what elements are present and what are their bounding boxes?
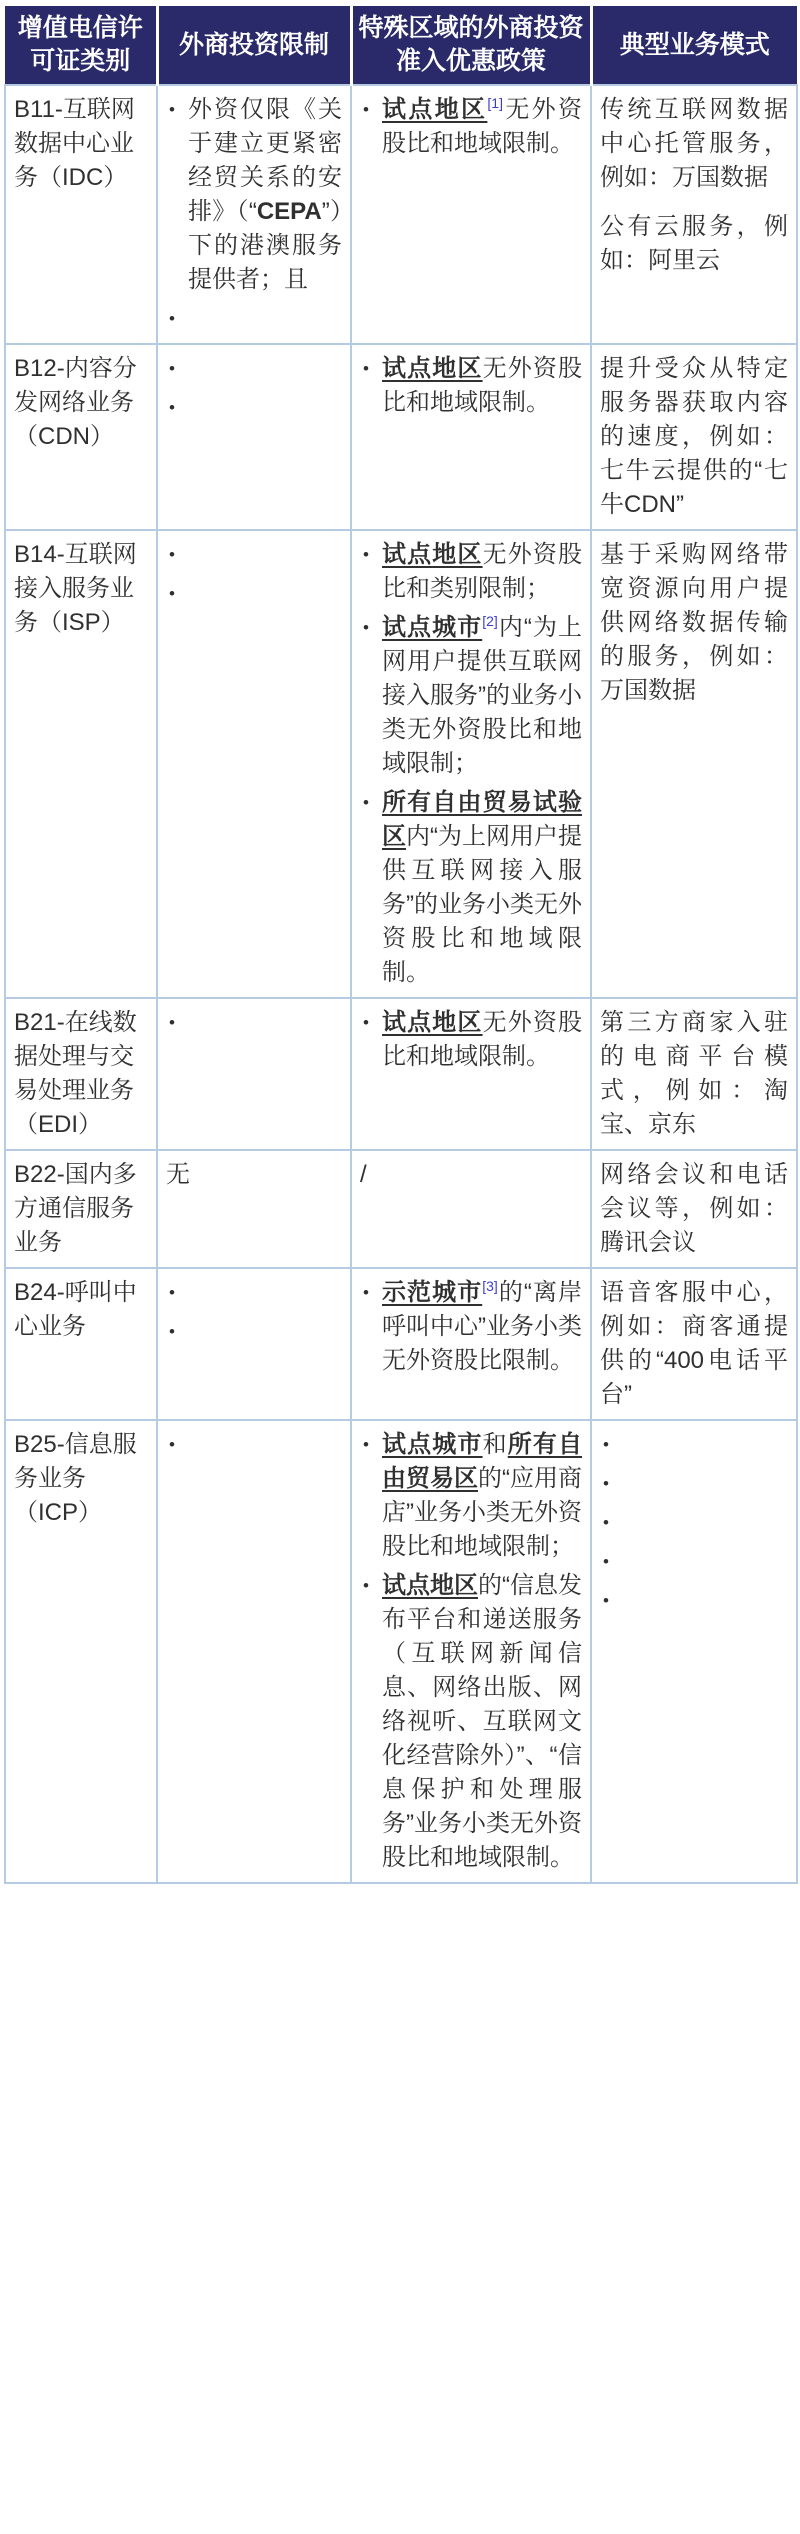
text-segment: 试点地区 <box>382 1572 478 1599</box>
restriction-bullet-item: • <box>166 352 342 386</box>
bullet-icon: • <box>360 1276 382 1310</box>
policy-bullet-item: •示范城市[3]的“离岸呼叫中心”业务小类无外资股比限制。 <box>360 1276 582 1378</box>
business-model-paragraph: 网络会议和电话会议等，例如：腾讯会议 <box>600 1158 788 1260</box>
restriction-bullet-item: •外资仅限《关于建立更紧密经贸关系的安排》（“CEPA”）下的港澳服务提供者；且 <box>166 93 342 297</box>
table-row-B24: B24-呼叫中心业务•••示范城市[3]的“离岸呼叫中心”业务小类无外资股比限制… <box>5 1268 797 1420</box>
restrictions-cell: • <box>157 998 351 1150</box>
bullet-icon: • <box>600 1467 622 1501</box>
restrictions-cell: •外资仅限《关于建立更紧密经贸关系的安排》（“CEPA”）下的港澳服务提供者；且… <box>157 85 351 344</box>
business-model-bullet-item: • <box>600 1428 788 1462</box>
bullet-icon: • <box>166 391 188 425</box>
special-zone-policy-cell: •试点城市和所有自由贸易区的“应用商店”业务小类无外资股比和地域限制；•试点地区… <box>351 1420 591 1883</box>
business-model-cell: 语音客服中心，例如：商客通提供的“400电话平台” <box>591 1268 797 1420</box>
special-zone-policy-cell: •试点地区无外资股比和地域限制。 <box>351 344 591 530</box>
business-model-bullet-item: • <box>600 1467 788 1501</box>
business-model-cell: 传统互联网数据中心托管服务，例如：万国数据公有云服务，例如：阿里云 <box>591 85 797 344</box>
footnote-ref[interactable]: [1] <box>487 95 503 111</box>
policy-bullet-text: 试点城市[2]内“为上网用户提供互联网接入服务”的业务小类无外资股比和地域限制； <box>382 611 582 781</box>
license-category-cell: B11-互联网数据中心业务（IDC） <box>5 85 157 344</box>
policy-bullet-item: •试点地区的“信息发布平台和递送服务（互联网新闻信息、网络出版、网络视听、互联网… <box>360 1569 582 1875</box>
restriction-bullet-item: • <box>166 538 342 572</box>
bullet-icon: • <box>166 1006 188 1040</box>
restriction-bullet-item: • <box>166 302 342 336</box>
text-segment: 的“信息发布平台和递送服务（互联网新闻信息、网络出版、网络视听、互联网文化经营除… <box>382 1572 582 1871</box>
footnote-ref[interactable]: [3] <box>482 1278 498 1294</box>
restrictions-cell: 无 <box>157 1150 351 1268</box>
business-model-cell: 第三方商家入驻的电商平台模式，例如：淘宝、京东 <box>591 998 797 1150</box>
bullet-icon: • <box>360 1428 382 1462</box>
text-segment: 内“为上网用户提供互联网接入服务”的业务小类无外资股比和地域限制。 <box>382 823 582 986</box>
telecom-license-table: 增值电信许可证类别外商投资限制特殊区域的外商投资准入优惠政策典型业务模式 B11… <box>4 6 798 1884</box>
license-category-cell: B24-呼叫中心业务 <box>5 1268 157 1420</box>
footnote-ref[interactable]: [2] <box>482 613 498 629</box>
column-header-2: 外商投资限制 <box>157 6 351 85</box>
bullet-icon: • <box>360 1569 382 1603</box>
license-category-cell: B22-国内多方通信服务业务 <box>5 1150 157 1268</box>
policy-bullet-text: 所有自由贸易试验区内“为上网用户提供互联网接入服务”的业务小类无外资股比和地域限… <box>382 786 582 990</box>
special-zone-policy-cell: •示范城市[3]的“离岸呼叫中心”业务小类无外资股比限制。 <box>351 1268 591 1420</box>
table-row-B11: B11-互联网数据中心业务（IDC）•外资仅限《关于建立更紧密经贸关系的安排》（… <box>5 85 797 344</box>
restriction-paragraph: 无 <box>166 1158 342 1192</box>
bullet-icon: • <box>166 352 188 386</box>
restriction-bullet-item: • <box>166 1315 342 1349</box>
policy-bullet-item: •试点城市[2]内“为上网用户提供互联网接入服务”的业务小类无外资股比和地域限制… <box>360 611 582 781</box>
table-row-B21: B21-在线数据处理与交易处理业务（EDI）••试点地区无外资股比和地域限制。第… <box>5 998 797 1150</box>
business-model-cell: 网络会议和电话会议等，例如：腾讯会议 <box>591 1150 797 1268</box>
table-row-B22: B22-国内多方通信服务业务无/网络会议和电话会议等，例如：腾讯会议 <box>5 1150 797 1268</box>
bullet-icon: • <box>600 1506 622 1540</box>
policy-bullet-text: 试点地区无外资股比和类别限制； <box>382 538 582 606</box>
bullet-icon: • <box>360 352 382 386</box>
policy-bullet-item: •试点地区无外资股比和类别限制； <box>360 538 582 606</box>
special-zone-policy-cell: / <box>351 1150 591 1268</box>
table-row-B12: B12-内容分发网络业务（CDN）•••试点地区无外资股比和地域限制。提升受众从… <box>5 344 797 530</box>
document-page: 增值电信许可证类别外商投资限制特殊区域的外商投资准入优惠政策典型业务模式 B11… <box>0 0 800 1890</box>
restrictions-cell: • <box>157 1420 351 1883</box>
bullet-icon: • <box>600 1428 622 1462</box>
license-category-cell: B25-信息服务业务（ICP） <box>5 1420 157 1883</box>
bullet-icon: • <box>166 302 188 336</box>
text-segment: CEPA <box>257 198 322 225</box>
table-header: 增值电信许可证类别外商投资限制特殊区域的外商投资准入优惠政策典型业务模式 <box>5 6 797 85</box>
bullet-icon: • <box>166 1315 188 1349</box>
bullet-icon: • <box>360 538 382 572</box>
business-model-cell: 提升受众从特定服务器获取内容的速度，例如：七牛云提供的“七牛CDN” <box>591 344 797 530</box>
bullet-icon: • <box>360 1006 382 1040</box>
bullet-icon: • <box>360 786 382 820</box>
restriction-bullet-item: • <box>166 391 342 425</box>
table-body: B11-互联网数据中心业务（IDC）•外资仅限《关于建立更紧密经贸关系的安排》（… <box>5 85 797 1883</box>
policy-bullet-item: •试点地区[1]无外资股比和地域限制。 <box>360 93 582 161</box>
policy-paragraph: / <box>360 1158 582 1192</box>
column-header-1: 增值电信许可证类别 <box>5 6 157 85</box>
business-model-bullet-item: • <box>600 1545 788 1579</box>
business-model-cell: ••••• <box>591 1420 797 1883</box>
text-segment: 试点城市 <box>382 1431 483 1458</box>
bullet-icon: • <box>600 1545 622 1579</box>
restriction-bullet-item: • <box>166 1276 342 1310</box>
column-header-4: 典型业务模式 <box>591 6 797 85</box>
bullet-icon: • <box>360 611 382 645</box>
bullet-icon: • <box>166 577 188 611</box>
license-category-cell: B14-互联网接入服务业务（ISP） <box>5 530 157 998</box>
text-segment: 试点地区 <box>382 96 487 123</box>
business-model-paragraph: 公有云服务，例如：阿里云 <box>600 210 788 278</box>
bullet-icon: • <box>166 93 188 127</box>
text-segment: 试点城市 <box>382 614 482 641</box>
policy-bullet-text: 示范城市[3]的“离岸呼叫中心”业务小类无外资股比限制。 <box>382 1276 582 1378</box>
bullet-icon: • <box>600 1584 622 1618</box>
policy-bullet-text: 试点地区[1]无外资股比和地域限制。 <box>382 93 582 161</box>
restriction-bullet-text: 外资仅限《关于建立更紧密经贸关系的安排》（“CEPA”）下的港澳服务提供者；且 <box>188 93 342 297</box>
business-model-paragraph: 传统互联网数据中心托管服务，例如：万国数据 <box>600 93 788 195</box>
policy-bullet-item: •试点地区无外资股比和地域限制。 <box>360 1006 582 1074</box>
bullet-icon: • <box>166 538 188 572</box>
policy-bullet-text: 试点地区无外资股比和地域限制。 <box>382 352 582 420</box>
policy-bullet-item: •试点城市和所有自由贸易区的“应用商店”业务小类无外资股比和地域限制； <box>360 1428 582 1564</box>
restriction-bullet-item: • <box>166 577 342 611</box>
text-segment: 试点地区 <box>382 1009 483 1036</box>
restriction-bullet-item: • <box>166 1006 342 1040</box>
restrictions-cell: •• <box>157 344 351 530</box>
restriction-bullet-item: • <box>166 1428 342 1462</box>
table-row-B25: B25-信息服务业务（ICP）••试点城市和所有自由贸易区的“应用商店”业务小类… <box>5 1420 797 1883</box>
special-zone-policy-cell: •试点地区[1]无外资股比和地域限制。 <box>351 85 591 344</box>
special-zone-policy-cell: •试点地区无外资股比和地域限制。 <box>351 998 591 1150</box>
table-row-B14: B14-互联网接入服务业务（ISP）•••试点地区无外资股比和类别限制；•试点城… <box>5 530 797 998</box>
header-row: 增值电信许可证类别外商投资限制特殊区域的外商投资准入优惠政策典型业务模式 <box>5 6 797 85</box>
business-model-cell: 基于采购网络带宽资源向用户提供网络数据传输的服务，例如：万国数据 <box>591 530 797 998</box>
license-category-cell: B21-在线数据处理与交易处理业务（EDI） <box>5 998 157 1150</box>
policy-bullet-text: 试点地区无外资股比和地域限制。 <box>382 1006 582 1074</box>
business-model-paragraph: 第三方商家入驻的电商平台模式，例如：淘宝、京东 <box>600 1006 788 1142</box>
text-segment: 示范城市 <box>382 1279 482 1306</box>
policy-bullet-text: 试点城市和所有自由贸易区的“应用商店”业务小类无外资股比和地域限制； <box>382 1428 582 1564</box>
text-segment: 试点地区 <box>382 355 483 382</box>
text-segment: 试点地区 <box>382 541 483 568</box>
bullet-icon: • <box>166 1428 188 1462</box>
restrictions-cell: •• <box>157 530 351 998</box>
policy-bullet-item: •所有自由贸易试验区内“为上网用户提供互联网接入服务”的业务小类无外资股比和地域… <box>360 786 582 990</box>
business-model-paragraph: 基于采购网络带宽资源向用户提供网络数据传输的服务，例如：万国数据 <box>600 538 788 708</box>
business-model-bullet-item: • <box>600 1584 788 1618</box>
business-model-paragraph: 语音客服中心，例如：商客通提供的“400电话平台” <box>600 1276 788 1412</box>
license-category-cell: B12-内容分发网络业务（CDN） <box>5 344 157 530</box>
policy-bullet-text: 试点地区的“信息发布平台和递送服务（互联网新闻信息、网络出版、网络视听、互联网文… <box>382 1569 582 1875</box>
bullet-icon: • <box>166 1276 188 1310</box>
column-header-3: 特殊区域的外商投资准入优惠政策 <box>351 6 591 85</box>
policy-bullet-item: •试点地区无外资股比和地域限制。 <box>360 352 582 420</box>
text-segment: 和 <box>483 1431 508 1458</box>
bullet-icon: • <box>360 93 382 127</box>
restrictions-cell: •• <box>157 1268 351 1420</box>
special-zone-policy-cell: •试点地区无外资股比和类别限制；•试点城市[2]内“为上网用户提供互联网接入服务… <box>351 530 591 998</box>
business-model-bullet-item: • <box>600 1506 788 1540</box>
business-model-paragraph: 提升受众从特定服务器获取内容的速度，例如：七牛云提供的“七牛CDN” <box>600 352 788 522</box>
